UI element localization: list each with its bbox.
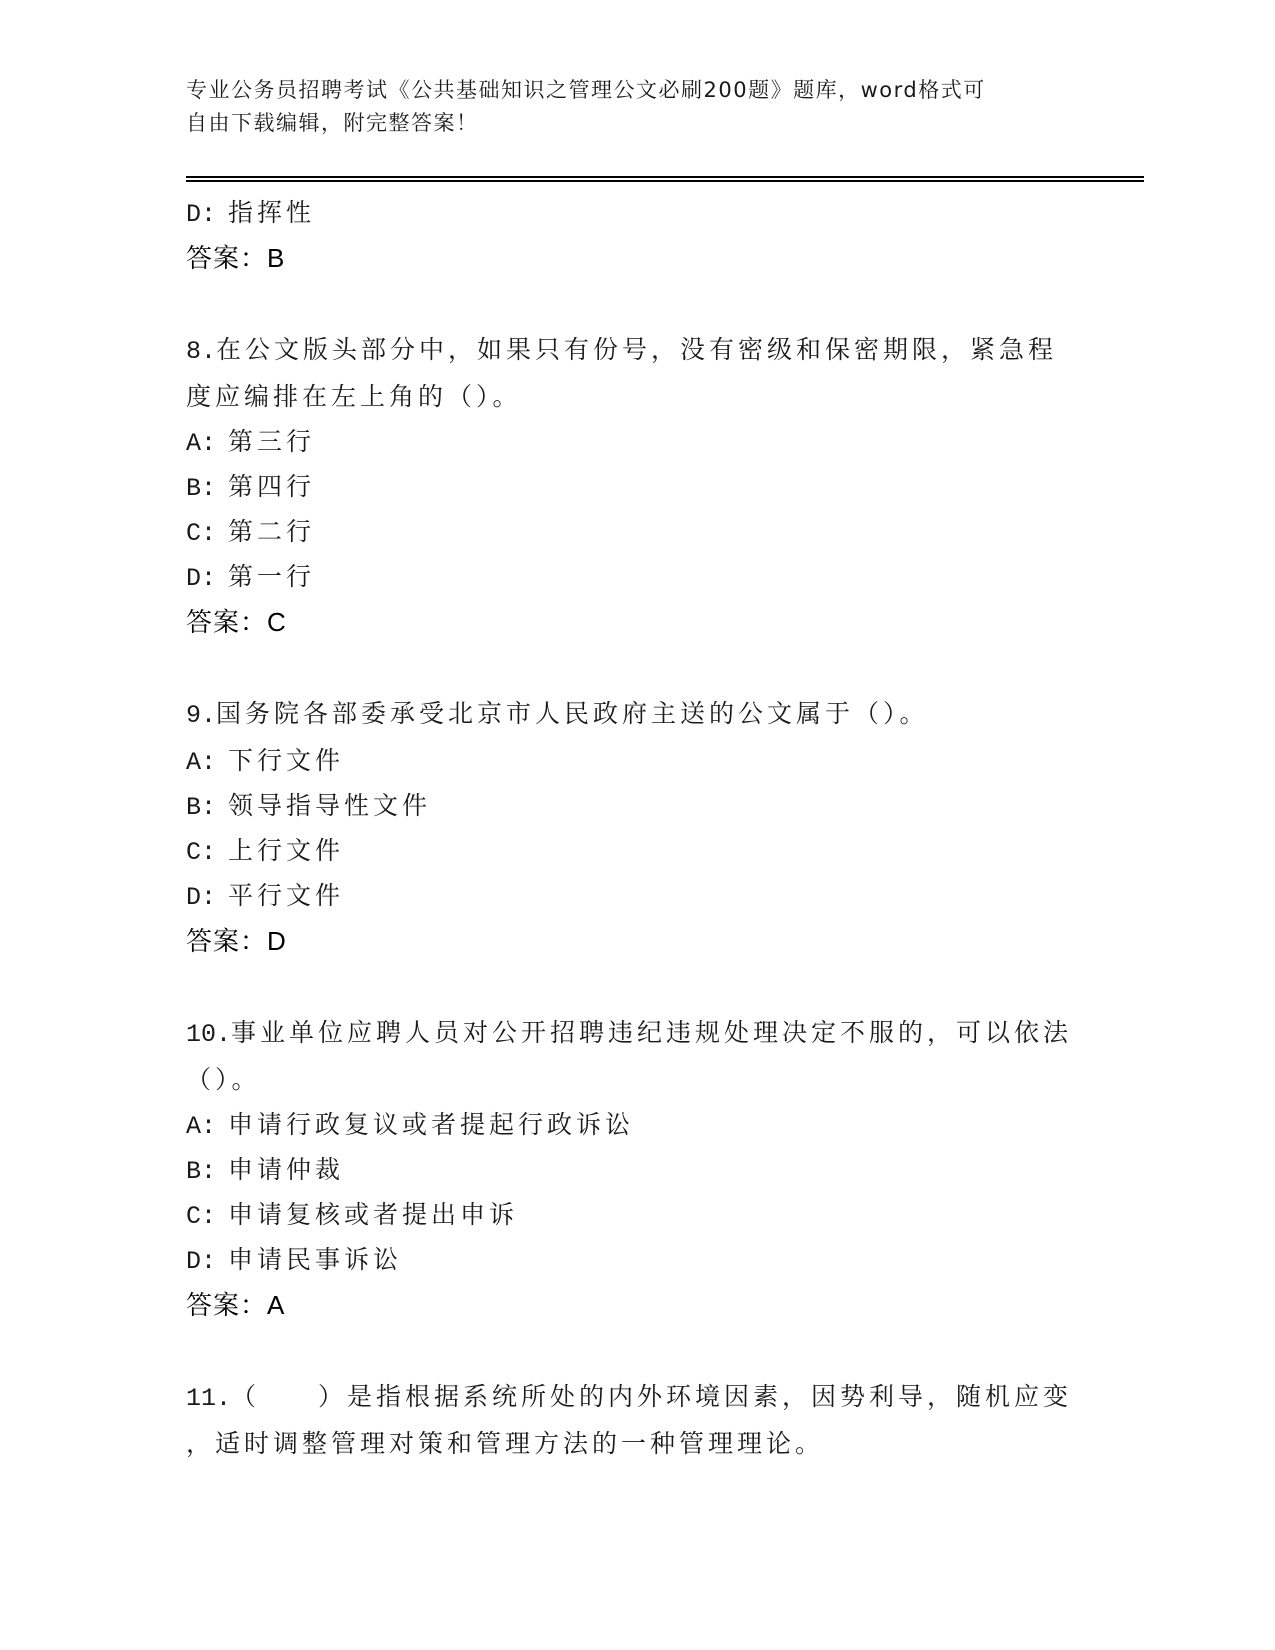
option-d: D: 申请民事诉讼	[186, 1237, 1086, 1282]
header-divider-bottom	[186, 180, 1144, 182]
option-label: C:	[186, 1202, 216, 1231]
option-text: 平行文件	[228, 881, 344, 910]
answer-line: 答案：A	[186, 1282, 1086, 1328]
option-text: 申请仲裁	[228, 1155, 344, 1184]
document-body: D: 指挥性 答案：B 8.在公文版头部分中，如果只有份号，没有密级和保密期限，…	[186, 190, 1086, 1466]
option-label: D:	[186, 883, 216, 912]
option-b: B: 申请仲裁	[186, 1147, 1086, 1192]
question-text: 11.（ ）是指根据系统所处的内外环境因素，因势利导，随机应变 ，适时调整管理对…	[186, 1374, 1076, 1466]
question-9: 9.国务院各部委承受北京市人民政府主送的公文属于（）。 A: 下行文件 B: 领…	[186, 691, 1086, 964]
option-text: 申请复核或者提出申诉	[228, 1200, 518, 1229]
question-text-line-1: 在公文版头部分中，如果只有份号，没有密级和保密期限，紧急程	[216, 335, 1057, 364]
answer-line: 答案：C	[186, 599, 1086, 645]
option-c: C: 上行文件	[186, 828, 1086, 873]
option-c: C: 第二行	[186, 509, 1086, 554]
header-divider-top	[186, 176, 1144, 178]
answer-value: D	[267, 926, 287, 956]
question-number: 11.	[186, 1384, 231, 1413]
option-text: 第三行	[228, 427, 315, 456]
question-text-line-2: ，适时调整管理对策和管理方法的一种管理理论。	[186, 1429, 824, 1458]
option-a: A: 申请行政复议或者提起行政诉讼	[186, 1102, 1086, 1147]
question-text-line-1: 国务院各部委承受北京市人民政府主送的公文属于（）。	[216, 699, 929, 728]
option-text: 第四行	[228, 472, 315, 501]
option-text: 指挥性	[228, 198, 315, 227]
question-number: 10.	[186, 1020, 231, 1049]
option-label: C:	[186, 519, 216, 548]
option-label: C:	[186, 838, 216, 867]
header-line-1: 专业公务员招聘考试《公共基础知识之管理公文必刷200题》题库，word格式可	[186, 74, 1076, 107]
answer-value: A	[267, 1290, 285, 1320]
question-number: 8.	[186, 337, 216, 366]
answer-label: 答案：	[186, 608, 267, 638]
option-label: B:	[186, 474, 216, 503]
question-11: 11.（ ）是指根据系统所处的内外环境因素，因势利导，随机应变 ，适时调整管理对…	[186, 1374, 1086, 1466]
option-label: D:	[186, 1247, 216, 1276]
option-text: 申请行政复议或者提起行政诉讼	[228, 1110, 634, 1139]
option-d: D: 指挥性	[186, 190, 1086, 235]
question-text: 9.国务院各部委承受北京市人民政府主送的公文属于（）。	[186, 691, 1076, 738]
option-label: D:	[186, 200, 216, 229]
option-b: B: 领导指导性文件	[186, 783, 1086, 828]
option-text: 第一行	[228, 562, 315, 591]
question-text-line-1: （ ）是指根据系统所处的内外环境因素，因势利导，随机应变	[231, 1382, 1072, 1411]
question-text-line-2: 度应编排在左上角的（）。	[186, 382, 522, 411]
option-text: 领导指导性文件	[228, 791, 431, 820]
option-d: D: 平行文件	[186, 873, 1086, 918]
answer-value: B	[267, 243, 285, 273]
question-text-line-1: 事业单位应聘人员对公开招聘违纪违规处理决定不服的，可以依法	[231, 1018, 1072, 1047]
option-label: D:	[186, 564, 216, 593]
option-text: 第二行	[228, 517, 315, 546]
option-a: A: 下行文件	[186, 738, 1086, 783]
option-text: 下行文件	[228, 746, 344, 775]
answer-label: 答案：	[186, 1291, 267, 1321]
option-a: A: 第三行	[186, 419, 1086, 464]
option-label: B:	[186, 1157, 216, 1186]
answer-line: 答案：B	[186, 235, 1086, 281]
question-text: 8.在公文版头部分中，如果只有份号，没有密级和保密期限，紧急程 度应编排在左上角…	[186, 327, 1076, 419]
option-label: A:	[186, 748, 216, 777]
question-text-line-2: （）。	[186, 1065, 261, 1094]
answer-label: 答案：	[186, 927, 267, 957]
option-label: A:	[186, 429, 216, 458]
question-number: 9.	[186, 701, 216, 730]
question-8: 8.在公文版头部分中，如果只有份号，没有密级和保密期限，紧急程 度应编排在左上角…	[186, 327, 1086, 645]
question-text: 10.事业单位应聘人员对公开招聘违纪违规处理决定不服的，可以依法 （）。	[186, 1010, 1076, 1102]
option-b: B: 第四行	[186, 464, 1086, 509]
header-line-2: 自由下载编辑，附完整答案！	[186, 107, 1076, 140]
answer-line: 答案：D	[186, 918, 1086, 964]
answer-value: C	[267, 607, 287, 637]
option-label: B:	[186, 793, 216, 822]
document-header: 专业公务员招聘考试《公共基础知识之管理公文必刷200题》题库，word格式可 自…	[186, 74, 1076, 140]
option-d: D: 第一行	[186, 554, 1086, 599]
option-text: 上行文件	[228, 836, 344, 865]
option-c: C: 申请复核或者提出申诉	[186, 1192, 1086, 1237]
option-text: 申请民事诉讼	[228, 1245, 402, 1274]
answer-label: 答案：	[186, 244, 267, 274]
question-10: 10.事业单位应聘人员对公开招聘违纪违规处理决定不服的，可以依法 （）。 A: …	[186, 1010, 1086, 1328]
option-label: A:	[186, 1112, 216, 1141]
